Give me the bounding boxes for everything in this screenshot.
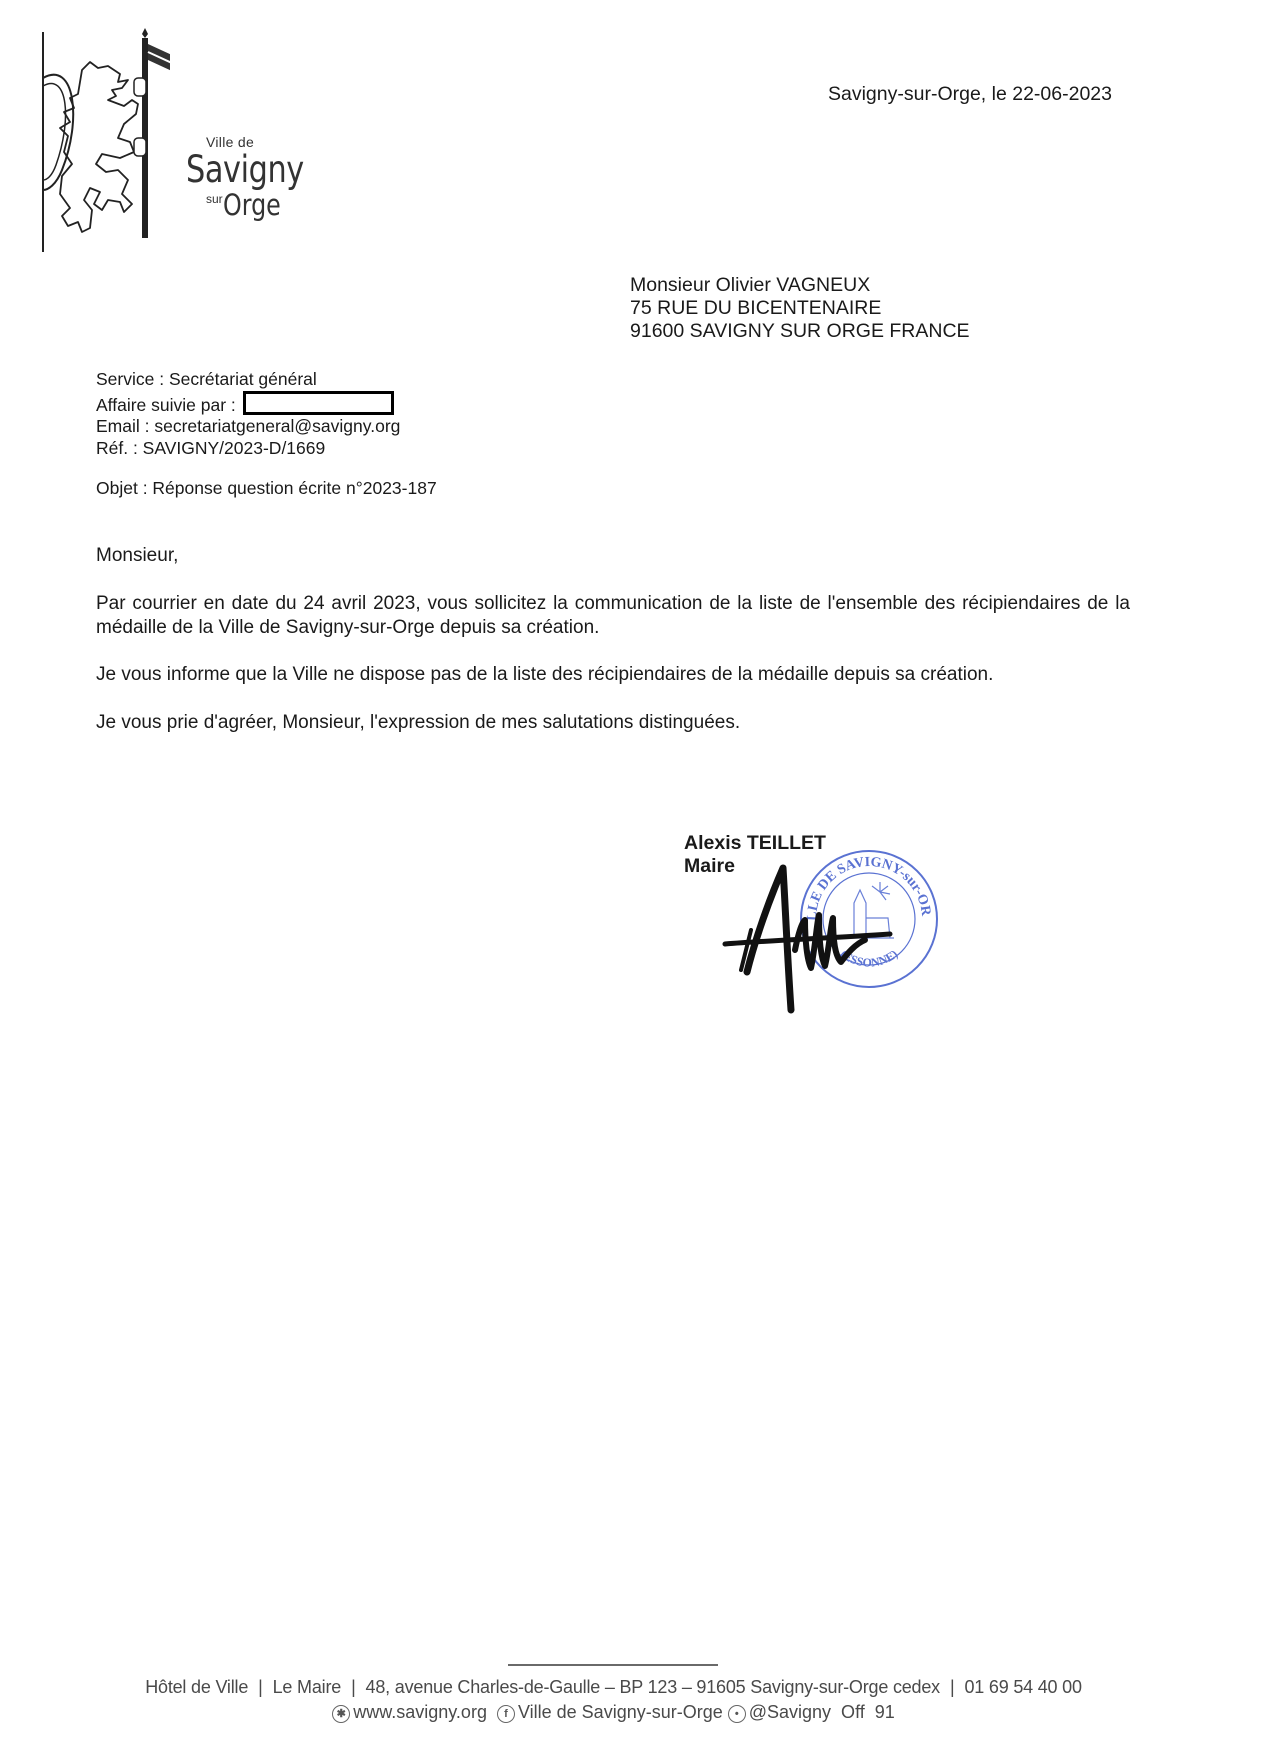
service-line: Service : Secrétariat général	[96, 369, 400, 391]
city-logo: Ville de Savigny sur Orge	[20, 20, 290, 270]
footer-twitter[interactable]: @Savigny Off 91	[749, 1702, 895, 1722]
affaire-line: Affaire suivie par :	[96, 391, 400, 417]
footer-separator: |	[258, 1677, 262, 1697]
letter-date: Savigny-sur-Orge, le 22-06-2023	[828, 83, 1112, 106]
subject-line: Objet : Réponse question écrite n°2023-1…	[96, 478, 437, 499]
facebook-icon: f	[497, 1705, 515, 1723]
body-paragraph: Je vous informe que la Ville ne dispose …	[96, 664, 993, 686]
logo-orge: Orge	[223, 188, 281, 222]
twitter-icon: •	[728, 1705, 746, 1723]
footer-phone: 01 69 54 40 00	[964, 1677, 1081, 1697]
footer-links: ✱www.savigny.org fVille de Savigny-sur-O…	[116, 1702, 1111, 1723]
footer-address: Hôtel de Ville|Le Maire|48, avenue Charl…	[116, 1677, 1111, 1698]
salutation: Monsieur,	[96, 545, 178, 567]
logo-sur: sur	[206, 192, 223, 206]
footer-divider	[508, 1664, 718, 1666]
globe-icon: ✱	[332, 1705, 350, 1723]
handwritten-signature-icon	[715, 860, 895, 1015]
footer-hotel-de-ville: Hôtel de Ville	[145, 1677, 248, 1697]
redacted-box	[243, 391, 394, 415]
footer-separator: |	[351, 1677, 355, 1697]
recipient-city: 91600 SAVIGNY SUR ORGE FRANCE	[630, 320, 970, 343]
email-line: Email : secretariatgeneral@savigny.org	[96, 416, 400, 438]
footer-separator: |	[950, 1677, 954, 1697]
footer-street: 48, avenue Charles-de-Gaulle – BP 123 – …	[366, 1677, 940, 1697]
closing-paragraph: Je vous prie d'agréer, Monsieur, l'expre…	[96, 712, 740, 734]
reference-line: Réf. : SAVIGNY/2023-D/1669	[96, 438, 400, 460]
footer-le-maire: Le Maire	[273, 1677, 341, 1697]
footer-facebook[interactable]: Ville de Savigny-sur-Orge	[518, 1702, 723, 1722]
sender-meta: Service : Secrétariat général Affaire su…	[96, 369, 400, 459]
body-paragraph: Par courrier en date du 24 avril 2023, v…	[96, 592, 1130, 640]
logo-savigny: Savigny	[186, 148, 304, 191]
footer-website[interactable]: www.savigny.org	[353, 1702, 487, 1722]
recipient-name: Monsieur Olivier VAGNEUX	[630, 274, 970, 297]
lion-rampant-with-flag-icon	[20, 20, 170, 270]
recipient-street: 75 RUE DU BICENTENAIRE	[630, 297, 970, 320]
affaire-label: Affaire suivie par :	[96, 395, 236, 415]
recipient-address: Monsieur Olivier VAGNEUX 75 RUE DU BICEN…	[630, 274, 970, 343]
